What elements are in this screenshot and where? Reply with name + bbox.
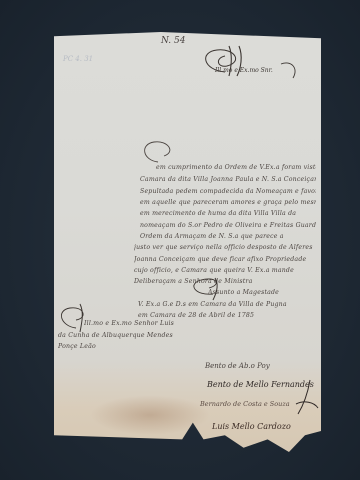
addressee-flourish-icon [54, 300, 94, 336]
signature: Bento de Ab.o Poy [205, 362, 270, 370]
closing-line: em Camara de 28 de Abril de 1785 [138, 312, 268, 319]
signature-paraph-icon [290, 378, 320, 418]
signature: Bernardo de Costa e Souza [200, 400, 290, 408]
body-line: Sepultada pedem compadecida da Nomeaçam … [140, 188, 316, 195]
folio-number: N. 54 [161, 36, 185, 46]
body-line: em merecimento de huma da dita Villa Vil… [140, 210, 316, 217]
body-line: Joanna Conceiçam que deve ficar afixo Pr… [134, 256, 316, 263]
water-stain [90, 395, 210, 435]
archive-mark: PC 4. 31 [63, 55, 93, 63]
manuscript-page [54, 32, 321, 452]
body-line: Camara da dita Villa Joanna Paula e N. S… [140, 176, 316, 183]
body-line: cujo officio, e Camara que queira V. Ex.… [134, 267, 316, 274]
salutation-flourish-icon [195, 42, 305, 84]
closing-line: V. Ex.a G.e D.s em Camara da Villa de Pu… [138, 301, 318, 308]
salutation: Ill.mo e Ex.mo Snr. [215, 67, 273, 74]
signature: Luis Mello Cardozo [212, 422, 291, 431]
closing-line: Assunto a Magestade [208, 289, 318, 296]
body-line: Ordem da Armaçam de N. S.a que parece a [140, 233, 316, 240]
addressee-line: da Cunha de Albuquerque Mendes [58, 332, 184, 339]
body-line: em aquelle que pareceram amores e graça … [140, 199, 316, 206]
addressee-line: Ponçe Leão [58, 343, 138, 350]
addressee-line: Ill.mo e Ex.mo Senhor Luis [84, 320, 184, 327]
body-line: em cumprimento da Ordem de V.Ex.a foram … [156, 164, 316, 171]
body-line: justo ver que serviço nella officio desp… [134, 244, 316, 251]
body-line: nomeaçam do S.or Pedro de Oliveira e Fre… [140, 222, 316, 229]
